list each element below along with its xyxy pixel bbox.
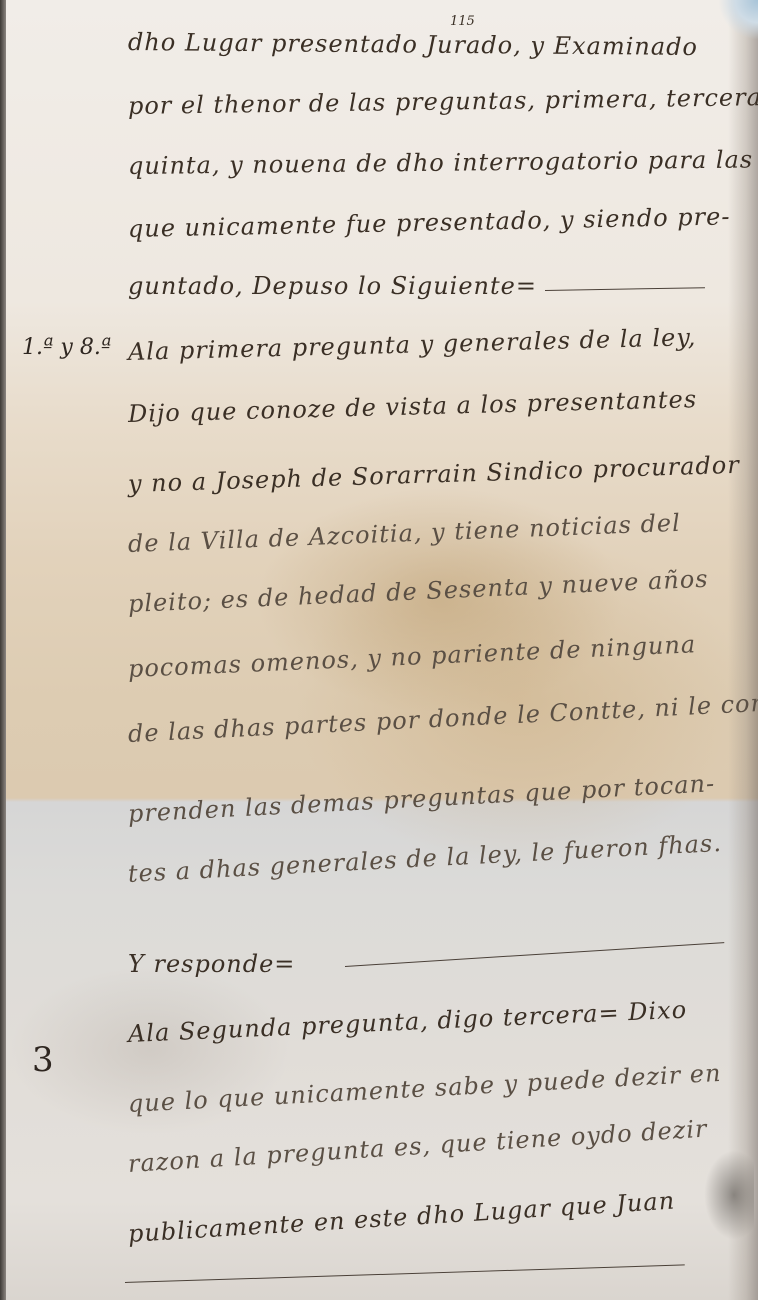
manuscript-line-19: publicamente en este dho Lugar que Juan	[127, 1187, 676, 1248]
margin-note-questions-1-8: 1.ª y 8.ª	[22, 335, 111, 360]
manuscript-line-1: dho Lugar presentado Jurado, y Examinado	[128, 28, 698, 61]
manuscript-line-17: que lo que unicamente sabe y puede dezir…	[127, 1059, 722, 1118]
manuscript-line-6: Ala primera pregunta y generales de la l…	[128, 323, 697, 366]
manuscript-line-4: que unicamente fue presentado, y siendo …	[128, 202, 731, 243]
manuscript-line-8: y no a Joseph de Sorarrain Sindico procu…	[128, 451, 741, 498]
manuscript-line-11: pocomas omenos, y no pariente de ninguna	[127, 630, 696, 683]
closing-rule	[125, 1264, 685, 1283]
line-fill-rule	[345, 942, 724, 967]
page-corner	[718, 0, 758, 40]
manuscript-line-9: de la Villa de Azcoitia, y tiene noticia…	[127, 509, 681, 558]
manuscript-line-18: razon a la pregunta es, que tiene oydo d…	[127, 1115, 708, 1178]
folio-number: 115	[450, 14, 475, 29]
ink-stain	[704, 1150, 754, 1240]
page-right-edge	[728, 0, 758, 1300]
manuscript-line-16: Ala Segunda pregunta, digo tercera= Dixo	[127, 996, 687, 1048]
margin-note-question-3: 3	[32, 1040, 54, 1080]
manuscript-page: 115 1.ª y 8.ª 3 dho Lugar presentado Jur…	[0, 0, 758, 1300]
line-fill-rule	[545, 287, 705, 291]
manuscript-line-5: guntado, Depuso lo Siguiente=	[128, 272, 537, 300]
manuscript-line-13: prenden las demas preguntas que por toca…	[127, 769, 716, 828]
manuscript-line-14: tes a dhas generales de la ley, le fuero…	[127, 829, 722, 888]
manuscript-line-7: Dijo que conoze de vista a los presentan…	[128, 385, 698, 428]
manuscript-line-12: de las dhas partes por donde le Contte, …	[127, 688, 758, 748]
manuscript-line-10: pleito; es de hedad de Sesenta y nueve a…	[127, 565, 709, 618]
manuscript-line-2: por el thenor de las preguntas, primera,…	[128, 83, 758, 120]
manuscript-line-15: Y responde=	[128, 950, 295, 978]
page-binding-edge	[0, 0, 6, 1300]
manuscript-line-3: quinta, y nouena de dho interrogatorio p…	[128, 145, 753, 180]
